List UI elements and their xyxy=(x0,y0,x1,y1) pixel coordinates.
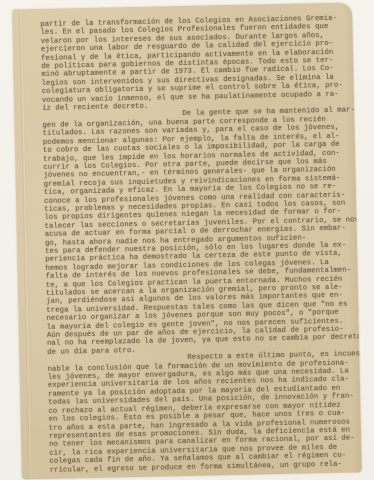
typewritten-text: partir de la transformación de los Coleg… xyxy=(12,2,362,479)
scanned-page: partir de la transformación de los Coleg… xyxy=(12,2,362,479)
paragraph: Respecto a este último punto, es incuest… xyxy=(47,351,351,475)
paragraph: partir de la transformación de los Coleg… xyxy=(40,15,344,114)
paragraph: De la gente que se ha mantenido al mar-g… xyxy=(42,107,349,357)
scan-background: partir de la transformación de los Coleg… xyxy=(0,0,374,480)
